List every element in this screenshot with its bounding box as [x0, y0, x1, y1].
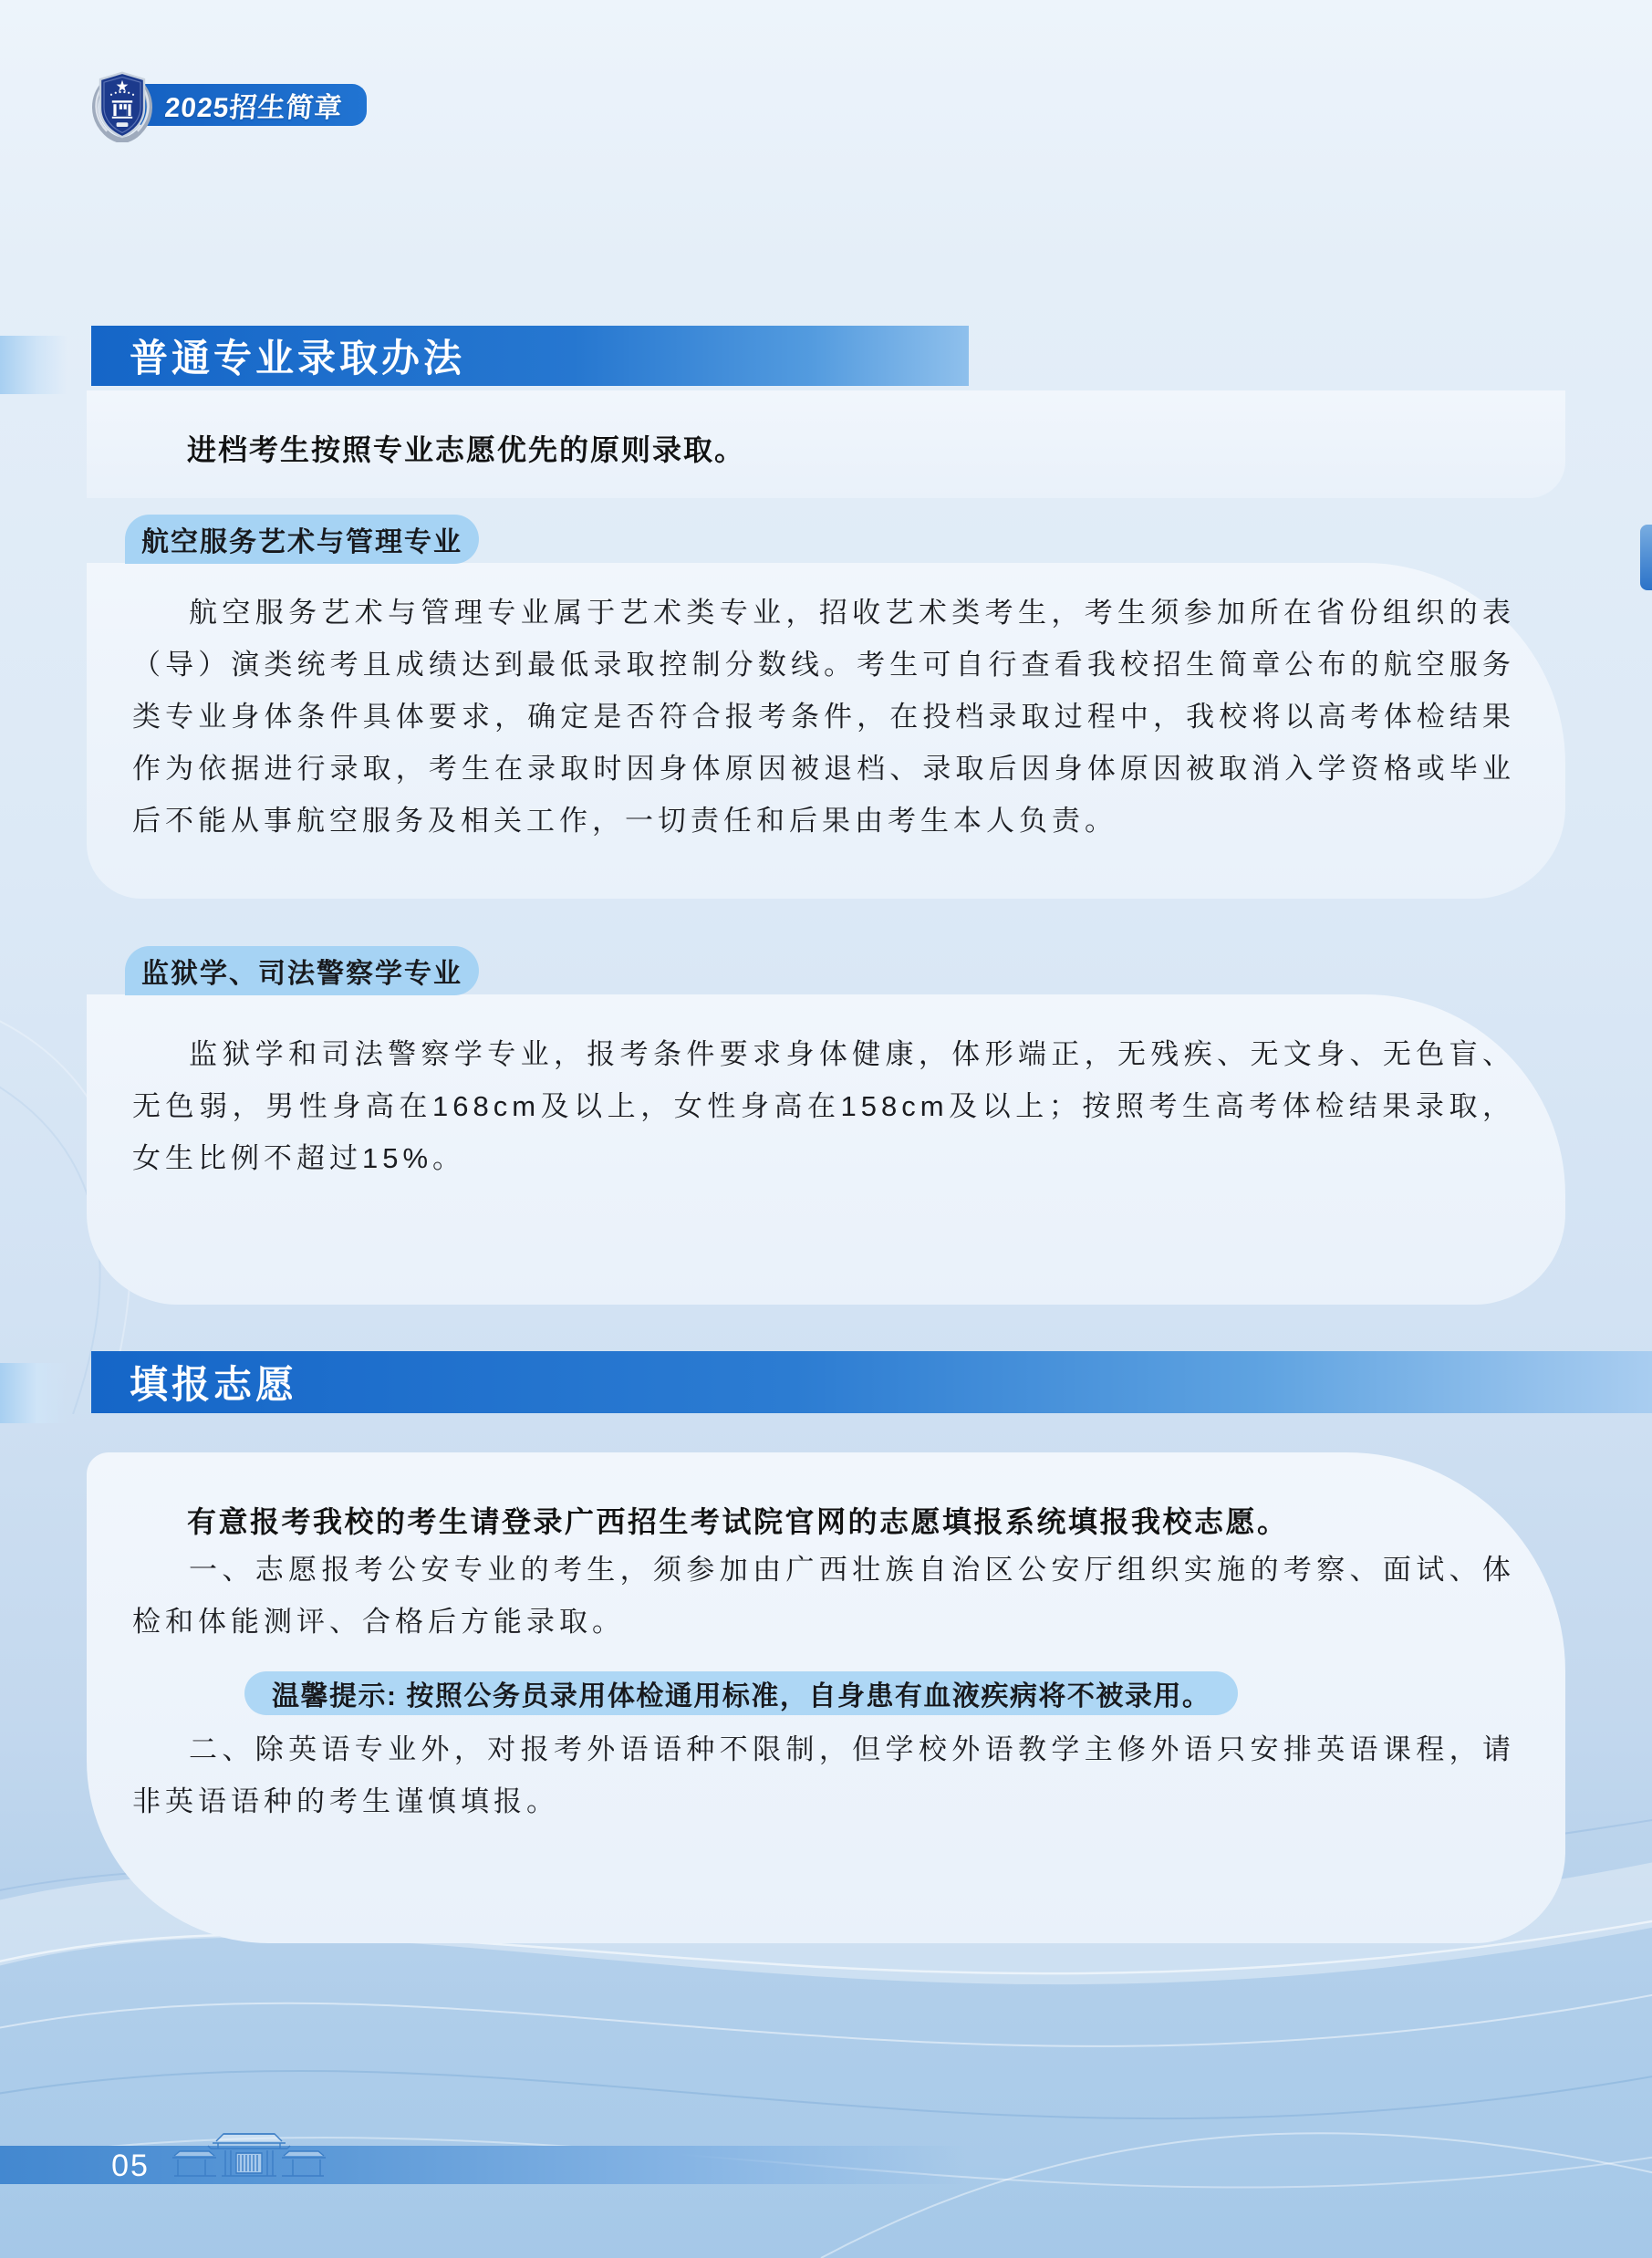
badge-title: 2025招生简章 — [163, 85, 345, 125]
badge-title-pill: 2025招生简章 — [137, 84, 367, 126]
paragraph-application-2: 二、除英语专业外，对报考外语语种不限制，但学校外语教学主修外语只安排英语课程，请… — [132, 1723, 1515, 1827]
subsection-tab-label: 航空服务艺术与管理专业 — [141, 519, 462, 559]
section-bar-admission-methods: 普通专业录取办法 — [91, 326, 969, 386]
warm-tip-text: 温馨提示: 按照公务员录用体检通用标准，自身患有血液疾病将不被录用。 — [272, 1673, 1210, 1713]
intro-text: 进档考生按照专业志愿优先的原则录取。 — [187, 427, 745, 469]
page-number: 05 — [99, 2149, 162, 2184]
left-accent-band — [0, 1363, 68, 1423]
paragraph-prison-studies: 监狱学和司法警察学专业，报考条件要求身体健康，体形端正，无残疾、无文身、无色盲、… — [132, 1028, 1515, 1184]
brochure-page: 2025招生简章 普通专业录取办法 进档考生按照专业志愿优先的原则录取。 — [0, 0, 1652, 2258]
police-college-emblem-icon — [86, 68, 159, 142]
paragraph-application-1: 一、志愿报考公安专业的考生，须参加由广西壮族自治区公安厅组织实施的考察、面试、体… — [132, 1544, 1515, 1648]
section-title: 填报志愿 — [91, 1355, 297, 1410]
application-lead-text: 有意报考我校的考生请登录广西招生考试院官网的志愿填报系统填报我校志愿。 — [187, 1499, 1289, 1541]
left-accent-band — [0, 336, 68, 394]
school-gate-building-icon — [169, 2128, 329, 2184]
right-edge-accent — [1640, 525, 1652, 590]
paragraph-aviation: 航空服务艺术与管理专业属于艺术类专业，招收艺术类考生，考生须参加所在省份组织的表… — [132, 587, 1515, 847]
section-title: 普通专业录取办法 — [91, 328, 465, 383]
subsection-tab-aviation: 航空服务艺术与管理专业 — [125, 515, 479, 564]
subsection-tab-prison-studies: 监狱学、司法警察学专业 — [125, 946, 479, 995]
section-bar-application: 填报志愿 — [91, 1351, 1652, 1413]
subsection-tab-label: 监狱学、司法警察学专业 — [141, 951, 462, 991]
warm-tip-pill: 温馨提示: 按照公务员录用体检通用标准，自身患有血液疾病将不被录用。 — [244, 1671, 1238, 1715]
